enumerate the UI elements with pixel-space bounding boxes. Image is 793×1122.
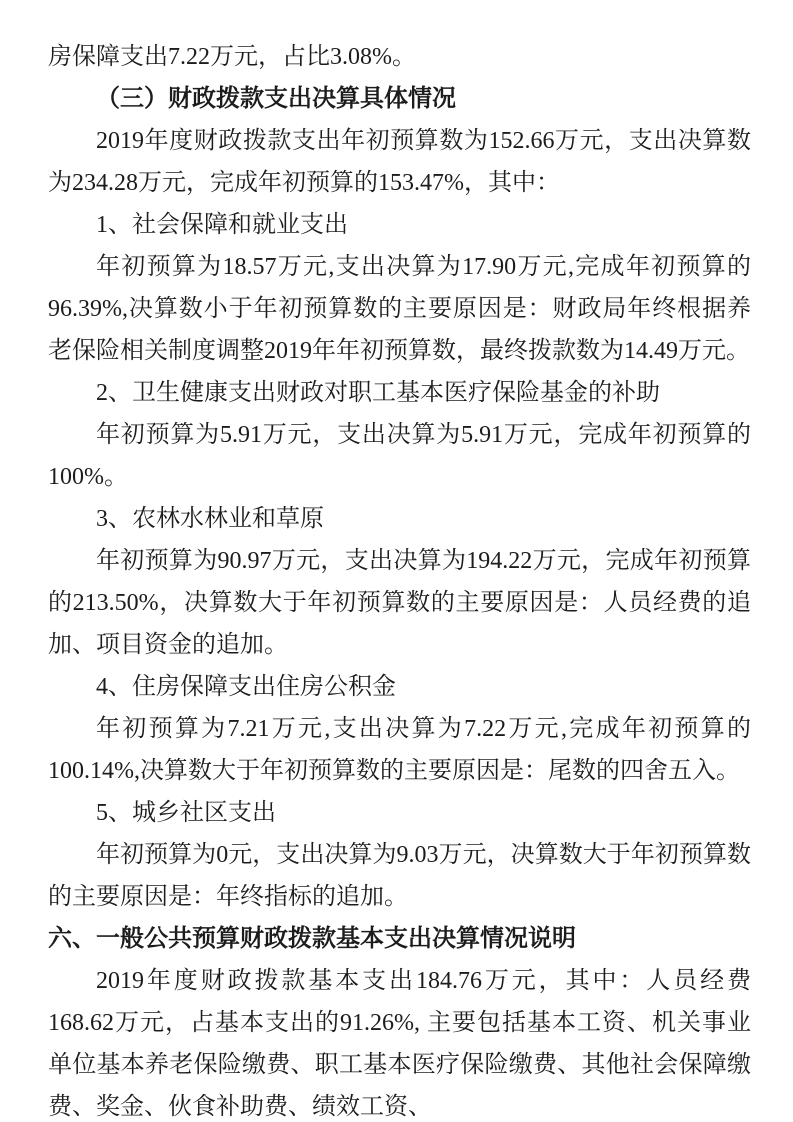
paragraph: 2、卫生健康支出财政对职工基本医疗保险基金的补助 bbox=[48, 372, 751, 414]
paragraph: 2019年度财政拨款支出年初预算数为152.66万元，支出决算数为234.28万… bbox=[48, 120, 751, 204]
sub-section-heading: （三）财政拨款支出决算具体情况 bbox=[48, 78, 751, 120]
paragraph: 年初预算为0元，支出决算为9.03万元，决算数大于年初预算数的主要原因是：年终指… bbox=[48, 834, 751, 918]
paragraph: 年初预算为18.57万元,支出决算为17.90万元,完成年初预算的96.39%,… bbox=[48, 246, 751, 372]
paragraph: 3、农林水林业和草原 bbox=[48, 498, 751, 540]
paragraph: 年初预算为5.91万元，支出决算为5.91万元，完成年初预算的100%。 bbox=[48, 414, 751, 498]
document-page: 房保障支出7.22万元，占比3.08%。（三）财政拨款支出决算具体情况2019年… bbox=[0, 0, 793, 1122]
paragraph: 1、社会保障和就业支出 bbox=[48, 204, 751, 246]
paragraph: 房保障支出7.22万元，占比3.08%。 bbox=[48, 36, 751, 78]
paragraph: 5、城乡社区支出 bbox=[48, 792, 751, 834]
section-heading: 六、一般公共预算财政拨款基本支出决算情况说明 bbox=[48, 918, 751, 960]
paragraph: 年初预算为90.97万元，支出决算为194.22万元，完成年初预算的213.50… bbox=[48, 540, 751, 666]
document-body: 房保障支出7.22万元，占比3.08%。（三）财政拨款支出决算具体情况2019年… bbox=[48, 36, 751, 1122]
paragraph: 2019年度财政拨款基本支出184.76万元，其中：人员经费168.62万元，占… bbox=[48, 960, 751, 1122]
paragraph: 年初预算为7.21万元,支出决算为7.22万元,完成年初预算的100.14%,决… bbox=[48, 708, 751, 792]
paragraph: 4、住房保障支出住房公积金 bbox=[48, 666, 751, 708]
